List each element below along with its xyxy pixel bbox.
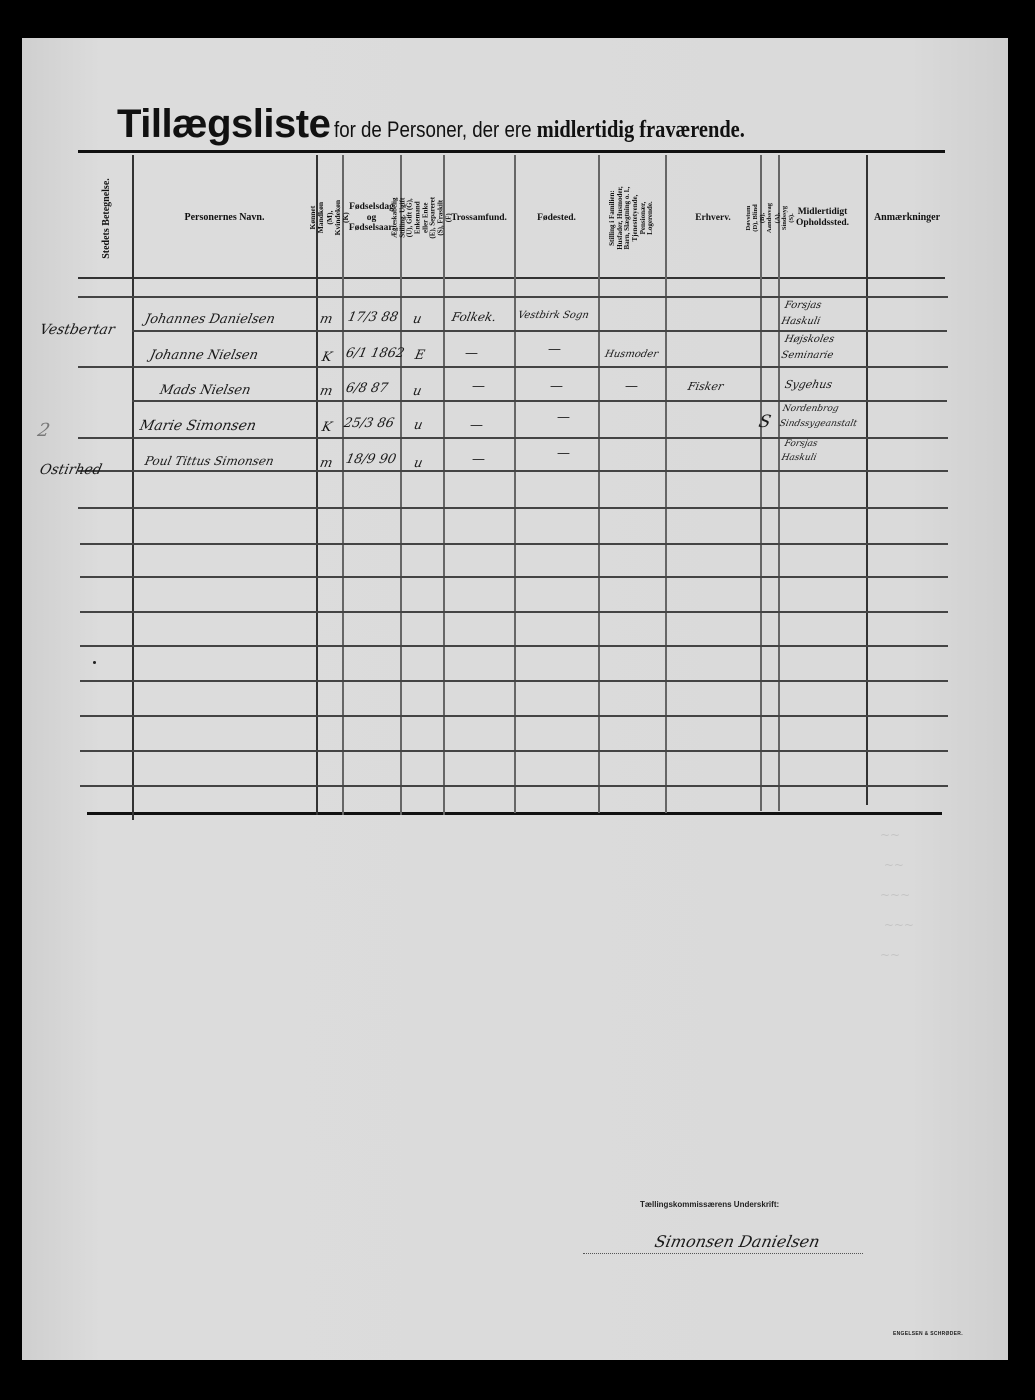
row-line — [78, 366, 948, 368]
cell-sted: Ostirhed — [38, 462, 103, 478]
row-line — [80, 645, 948, 647]
cell-navn: Johanne Nielsen — [148, 348, 259, 363]
signature-line — [583, 1253, 863, 1254]
header-label: Stedets Betegnelse. — [101, 178, 112, 259]
cell-stilling: Husmoder — [604, 349, 659, 360]
title-main: Tillægsliste — [117, 102, 330, 146]
row-line — [80, 543, 948, 545]
cell-erhverv: Fisker — [687, 380, 725, 393]
cell-opholdssted: Forsjas Haskuli — [780, 298, 847, 330]
header-kjonnet: Kønnet Mandkøn (M), Kvindekøn (K) — [317, 160, 342, 276]
row-line — [80, 611, 948, 613]
printer-imprint: ENGELSEN & SCHRØDER. — [893, 1331, 963, 1337]
header-dovstum-blind: Døvstum (D), Blind (B), Aandssvag (A), S… — [761, 160, 778, 276]
header-bottom-rule — [78, 277, 945, 279]
cell-opholdssted: Højskoles Seminarie — [780, 332, 857, 364]
cell-navn: Mads Nielsen — [158, 383, 252, 398]
header-label: Anmærkninger — [874, 212, 940, 224]
header-label: Erhverv. — [695, 213, 731, 224]
title-sub-bold: midlertidig fraværende. — [537, 117, 745, 143]
cell-opholdssted: Nordenbrog Sindssygeanstalt — [778, 402, 884, 432]
header-personernes-navn: Personernes Navn. — [133, 160, 316, 276]
signature-label: Tællingskommissærens Underskrift: — [640, 1200, 779, 1209]
header-label: Fødested. — [537, 213, 576, 224]
row-line — [78, 470, 948, 472]
header-label: Personernes Navn. — [185, 212, 265, 224]
row-line — [80, 715, 948, 717]
cell-fodt: 18/9 90 — [344, 452, 397, 467]
table-top-rule — [78, 150, 945, 153]
row-line — [78, 507, 948, 509]
header-fodested: Fødested. — [515, 160, 598, 276]
cell-fodt: 6/8 87 — [344, 381, 389, 396]
row-line — [80, 576, 948, 578]
bleed-through-marks: ~~ ~~~~~ ~~~~~ — [880, 820, 914, 970]
header-label: Trossamfund. — [451, 213, 507, 224]
cell-fodt: 6/1 1862 — [344, 346, 405, 361]
cell-navn: Marie Simonsen — [138, 418, 257, 434]
cell-fodested: Vestbirk Sogn — [517, 310, 590, 321]
header-label: Stilling i Familien: Husfader, Husmoder,… — [609, 185, 655, 251]
header-midlertidigt-opholdssted: Midlertidigt Opholdssted. — [779, 160, 866, 276]
header-aegteskabelig-stilling: Ægteskabelig Stilling. Ugift (U), Gift (… — [401, 160, 443, 276]
row-line — [80, 785, 948, 787]
header-anmaerkninger: Anmærkninger — [867, 160, 947, 276]
row-line — [80, 680, 948, 682]
cell-fodt: 17/3 88 — [346, 310, 399, 325]
header-stilling-i-familien: Stilling i Familien: Husfader, Husmoder,… — [599, 160, 665, 276]
row-line — [80, 750, 948, 752]
cell-opholdssted: Sygehus — [784, 378, 834, 391]
header-trossamfund: Trossamfund. — [444, 160, 514, 276]
form-title: Tillægsliste for de Personer, der ere mi… — [117, 102, 917, 147]
title-sub-plain: for de Personer, der ere — [334, 117, 532, 142]
signature: Simonsen Danielsen — [653, 1232, 822, 1251]
header-label: Midlertidigt Opholdssted. — [788, 207, 858, 229]
cell-fodt: 25/3 86 — [342, 416, 395, 431]
cell-opholdssted: Forsjas Haskuli — [780, 437, 846, 465]
cell-sted: Vestbertar — [38, 322, 116, 338]
cell-trossamfund: Folkek. — [451, 310, 498, 324]
title-subtitle: for de Personer, der ere midlertidig fra… — [334, 117, 745, 144]
cell-navn: Poul Tittus Simonsen — [144, 454, 276, 468]
cell-navn: Johannes Danielsen — [143, 312, 276, 327]
ink-dot — [93, 661, 96, 664]
header-stedets-betegnelse: Stedets Betegnelse. — [80, 160, 132, 276]
